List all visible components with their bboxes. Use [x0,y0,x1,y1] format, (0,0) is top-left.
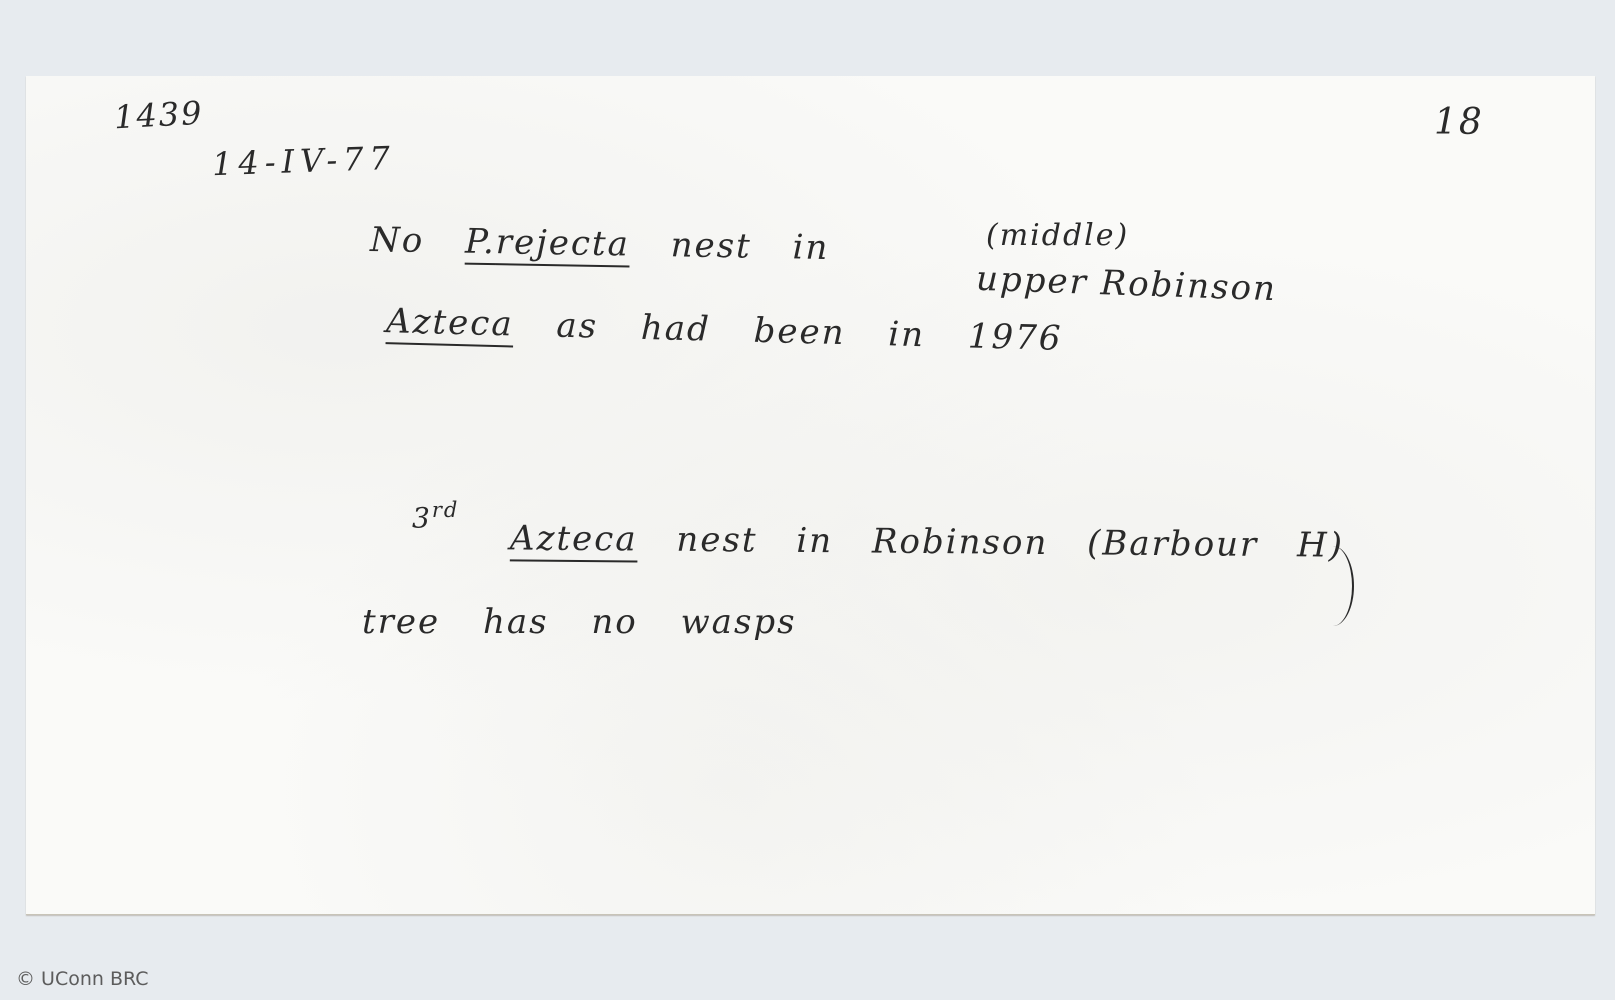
note1-line2-rest: as had been in 1976 [556,306,1063,359]
closing-paren-stroke [1312,546,1354,626]
page-number: 18 [1434,102,1484,143]
field-note-card: 1439 14-IV-77 18 No P.rejecta nest in (m… [26,76,1595,915]
note1-line1-end: upper Robinson [975,259,1277,309]
note2-line2: tree has no wasps [362,602,797,642]
species-name: rejecta [496,222,631,264]
catalog-number: 1439 [113,94,204,137]
note-date: 14-IV-77 [211,139,396,183]
note1-line1: No P.rejecta nest in [370,220,830,268]
note2-taxon: Azteca [510,518,638,559]
copyright-credit: © UConn BRC [16,968,149,990]
note2-line1-rest: nest in Robinson (Barbour H) [676,520,1344,566]
note2-line1: Azteca nest in Robinson (Barbour H) [510,518,1344,565]
note1-line1-rest: nest in [670,225,829,268]
note1-taxon: Azteca [386,301,515,344]
note1-prefix: No [370,220,425,261]
note2-ordinal: 3rd [412,498,459,534]
note1-line2: Azteca as had been in 1976 [386,301,1063,359]
ordinal-suffix: rd [432,498,459,522]
genus-abbrev: P. [465,222,496,263]
note1-insert-above: (middle) [986,218,1129,253]
ordinal-number: 3 [412,501,432,534]
